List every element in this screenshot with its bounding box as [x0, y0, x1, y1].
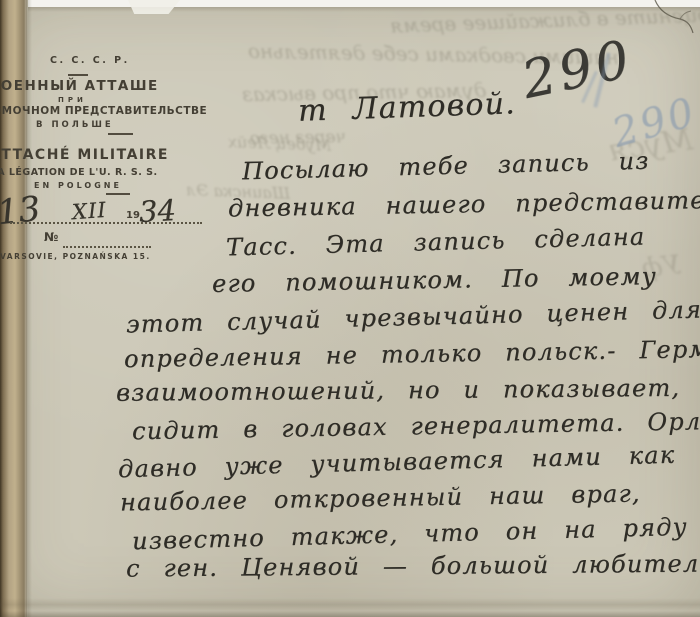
letterhead-rule: [106, 193, 130, 195]
date-day-handwritten: 13: [0, 189, 42, 233]
letterhead-country-fr: EN POLOGNE: [34, 181, 122, 190]
letter-line: этот случай чрезвычайно ценен для: [126, 295, 700, 338]
date-year-printed: 19: [126, 210, 140, 221]
page-edge-bottom: [0, 611, 700, 617]
letterhead-address: VARSOVIE, POZNAŃSKA 15.: [0, 252, 151, 261]
letter-line: известно также, что он на ряду: [132, 513, 688, 556]
letter-line: дневника нашего представителя: [228, 186, 700, 223]
letter-line: с ген. Ценявой — большой любитель: [126, 549, 700, 582]
letterhead-country: С. С. С. Р.: [50, 55, 130, 66]
letterhead-mission-fr: À LA LÉGATION DE L'U. R. S. S.: [0, 167, 158, 178]
letterhead-country-ru: В ПОЛЬШЕ: [36, 120, 114, 130]
letterhead-rule: [108, 133, 133, 135]
archive-number-ink: 290: [517, 29, 638, 111]
letter-salutation: т Латовой.: [297, 86, 516, 129]
letterhead-org-fr: ATTACHÉ MILITAIRE: [0, 147, 169, 163]
fold-line-bottom: [0, 598, 700, 610]
letterhead-mission-ru: ПОЛНОМОЧНОМ ПРЕДСТАВИТЕЛЬСТВЕ: [0, 105, 207, 117]
letterhead-org-ru: ВОЕННЫЙ АТТАШЕ: [0, 78, 159, 94]
bleedthrough-line: Мубец Лейх: [228, 132, 332, 155]
number-dotted-line: [63, 246, 151, 248]
letter-line: наиболее откровенный наш враг,: [120, 479, 641, 516]
scanned-letter-page: оцените в ближайшее время нашими сводкам…: [0, 0, 700, 617]
letter-line: определения не только польск.- Герм.: [124, 335, 700, 373]
date-month-handwritten: XII: [71, 198, 107, 224]
letter-line: давно уже учитывается нами как: [118, 441, 676, 484]
letter-line: взаимоотношений, но и показывает, что: [116, 373, 700, 407]
letter-line: сидит в головах генералитета. Орлич: [132, 407, 700, 446]
letterhead-pri: ПРИ: [58, 96, 87, 104]
letter-line: его помошником. По моему: [212, 262, 657, 298]
date-year-handwritten: 34: [138, 193, 177, 229]
document-number-label: №: [44, 230, 58, 244]
letter-line: Тасс. Эта запись сделана: [226, 223, 646, 262]
letterhead-rule: [68, 74, 88, 76]
